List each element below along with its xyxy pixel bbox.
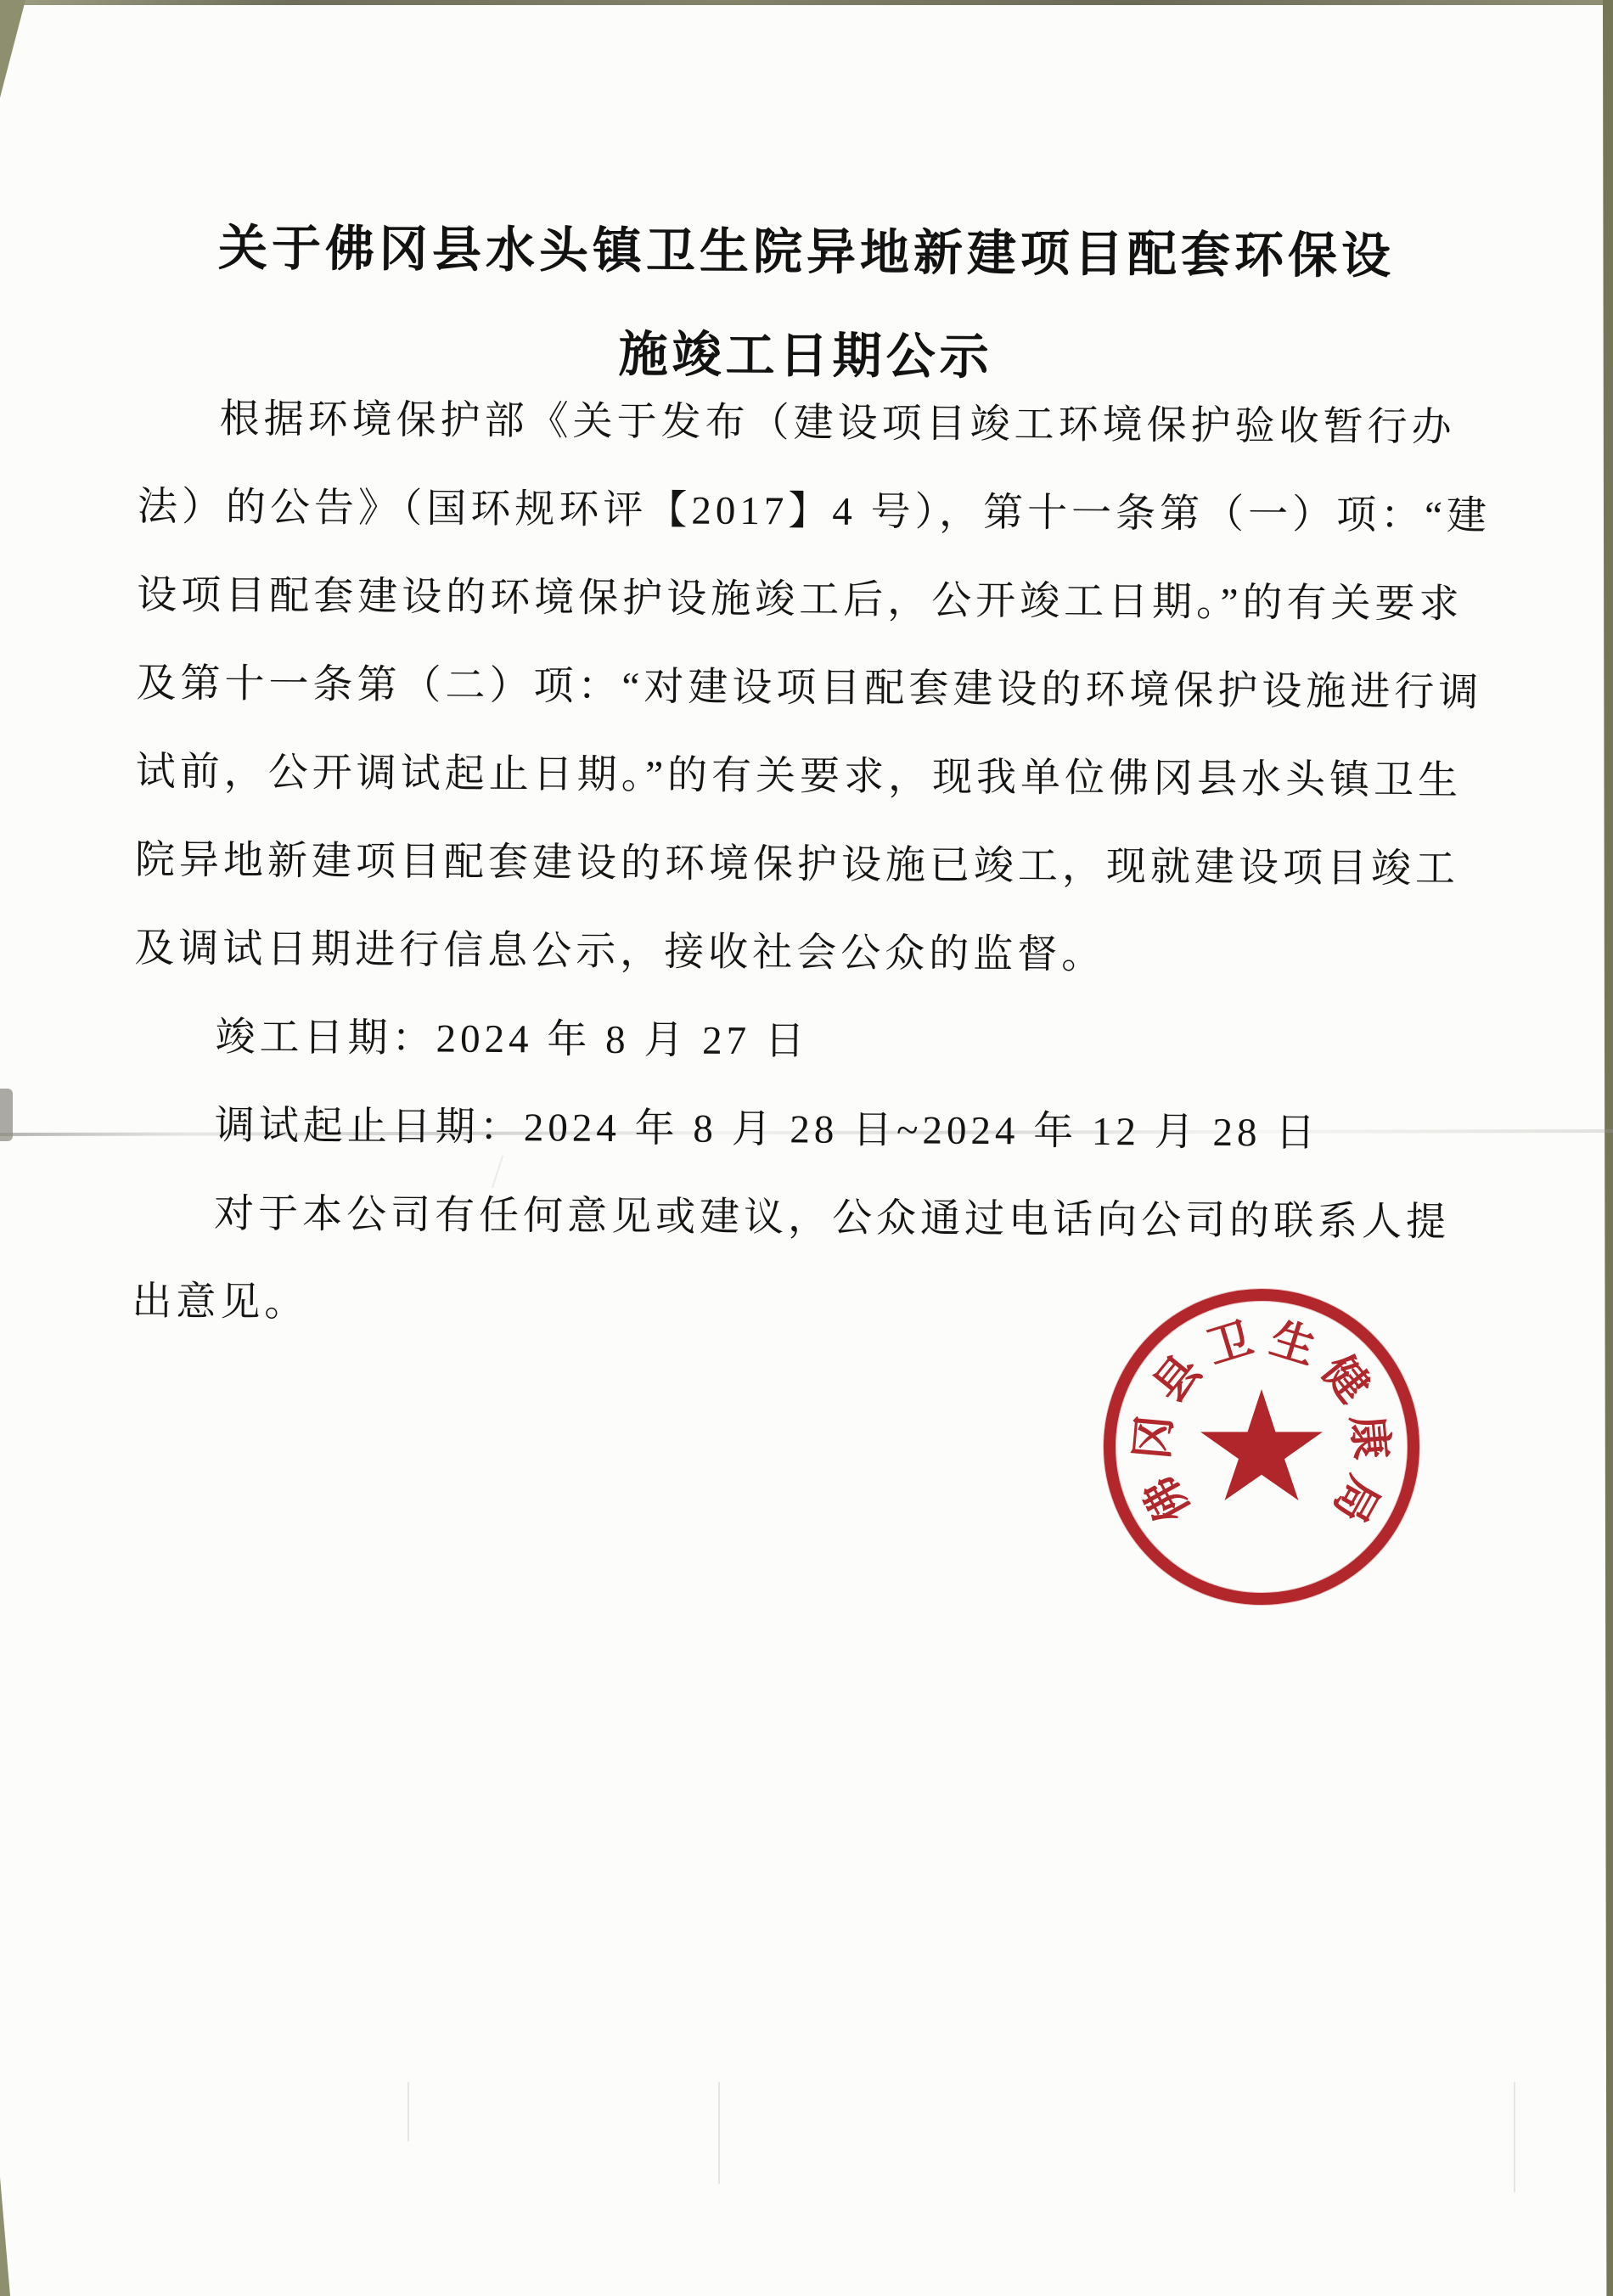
body-line: 试前，公开调试起止日期。”的有关要求，现我单位佛冈县水头镇卫生 [135,728,1494,825]
body-line: 对于本公司有任何意见或建议，公众通过电话向公司的联系人提 [132,1169,1492,1267]
trial-period-line: 调试起止日期：2024 年 8 月 28 日~2024 年 12 月 28 日 [132,1081,1492,1179]
crease-smudge [0,1089,13,1141]
scan-streak [407,2082,409,2141]
seal-char: 卫 [1200,1314,1261,1375]
seal-char: 局 [1322,1466,1389,1533]
body-line: 根据环境保护部《关于发布（建设项目竣工环境保护验收暂行办 [138,374,1497,472]
scan-corner-top-left [0,0,25,98]
seal-char: 佛 [1134,1466,1201,1533]
star-icon [1198,1389,1325,1511]
seal-ring: 佛 冈 县 卫 生 健 康 局 [1104,1289,1419,1605]
scan-corner-bottom-left [0,2177,10,2296]
body-line: 法）的公告》（国环规环评【2017】4 号），第十一条第（一）项：“建 [138,463,1497,560]
seal-char: 康 [1341,1411,1395,1465]
seal-char: 健 [1310,1345,1380,1415]
document-body: 根据环境保护部《关于发布（建设项目竣工环境保护验收暂行办 法）的公告》（国环规环… [132,374,1497,1355]
seal-char: 冈 [1128,1411,1182,1465]
body-line: 及第十一条第（二）项：“对建设项目配套建设的环境保护设施进行调 [136,639,1495,737]
scan-edge-right [1596,0,1613,2296]
scan-edge-top [0,0,1613,5]
scanned-document-page: 关于佛冈县水头镇卫生院异地新建项目配套环保设 施竣工日期公示 根据环境保护部《关… [0,0,1613,2296]
body-line: 院异地新建项目配套建设的环境保护设施已竣工，现就建设项目竣工 [135,816,1494,914]
seal-char: 县 [1144,1345,1213,1415]
scan-streak [718,2082,720,2184]
body-line: 设项目配套建设的环境保护设施竣工后，公开竣工日期。”的有关要求 [137,551,1496,649]
scan-streak [1514,2082,1515,2192]
seal-char: 生 [1262,1314,1324,1375]
official-seal: 佛 冈 县 卫 生 健 康 局 [1104,1289,1419,1605]
body-line: 及调试日期进行信息公示，接收社会公众的监督。 [134,904,1493,1002]
completion-date-line: 竣工日期：2024 年 8 月 27 日 [133,993,1492,1090]
title-line-1: 关于佛冈县水头镇卫生院异地新建项目配套环保设 [102,196,1512,310]
